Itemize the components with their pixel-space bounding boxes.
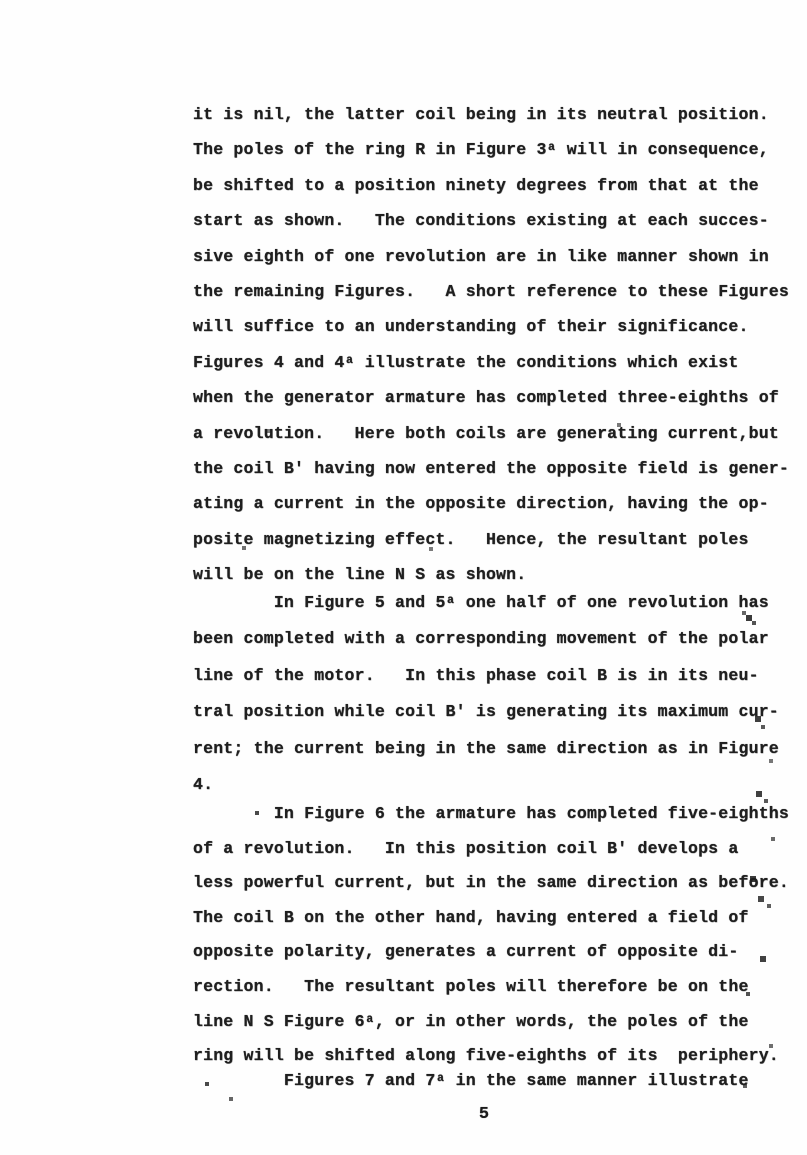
text-line: be shifted to a position ninety degrees … [193,168,775,203]
text-line: ring will be shifted along five-eighths … [193,1039,775,1074]
text-line: when the generator armature has complete… [193,380,775,415]
text-line: of a revolution. In this position coil B… [193,832,775,867]
text-line: sive eighth of one revolution are in lik… [193,239,775,274]
paragraph-1: it is nil, the latter coil being in its … [193,97,775,593]
text-line: start as shown. The conditions existing … [193,203,775,238]
text-line: been completed with a corresponding move… [193,621,775,657]
text-line: Figures 7 and 7ᵃ in the same manner illu… [193,1070,775,1092]
text-line: ating a current in the opposite directio… [193,486,775,521]
paragraph-2: In Figure 5 and 5ᵃ one half of one revol… [193,585,775,803]
text-line: the remaining Figures. A short reference… [193,274,775,309]
text-line: The poles of the ring R in Figure 3ᵃ wil… [193,132,775,167]
text-line: Figures 4 and 4ᵃ illustrate the conditio… [193,345,775,380]
text-line: The coil B on the other hand, having ent… [193,901,775,936]
paragraph-4: Figures 7 and 7ᵃ in the same manner illu… [193,1070,775,1092]
page-number: 5 [193,1105,775,1124]
scanned-document-page: it is nil, the latter coil being in its … [0,0,807,1155]
text-line: line of the motor. In this phase coil B … [193,658,775,694]
text-line: it is nil, the latter coil being in its … [193,97,775,132]
text-line: the coil B' having now entered the oppos… [193,451,775,486]
text-line: opposite polarity, generates a current o… [193,935,775,970]
text-line: In Figure 6 the armature has completed f… [193,797,775,832]
text-line: rent; the current being in the same dire… [193,731,775,767]
text-line: a revolution. Here both coils are genera… [193,416,775,451]
scan-noise-speckles [0,0,2,2]
paragraph-3: In Figure 6 the armature has completed f… [193,797,775,1074]
text-line: line N S Figure 6ᵃ, or in other words, t… [193,1005,775,1040]
text-line: will suffice to an understanding of thei… [193,309,775,344]
text-line: posite magnetizing effect. Hence, the re… [193,522,775,557]
text-line: less powerful current, but in the same d… [193,866,775,901]
text-line: tral position while coil B' is generatin… [193,694,775,730]
text-line: In Figure 5 and 5ᵃ one half of one revol… [193,585,775,621]
text-line: rection. The resultant poles will theref… [193,970,775,1005]
